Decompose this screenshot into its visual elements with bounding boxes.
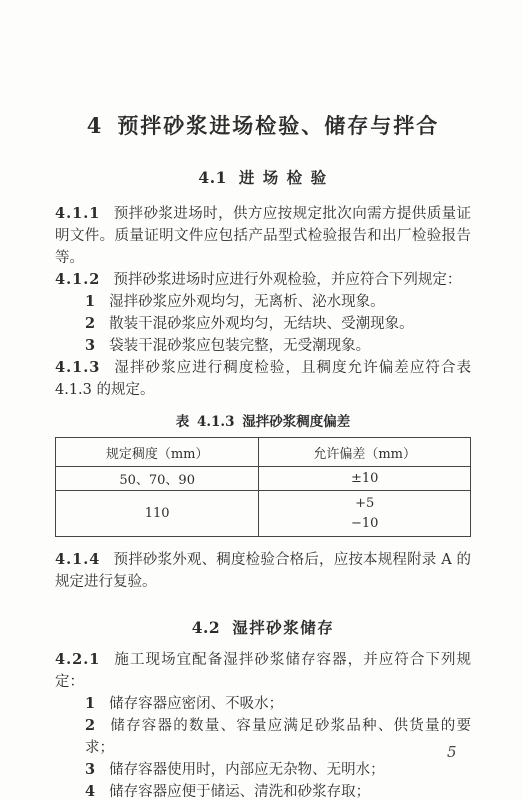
item-number: 1 (85, 293, 95, 310)
list-item: 1储存容器应密闭、不吸水； (55, 693, 471, 715)
item-text: 储存容器的数量、容量应满足砂浆品种、供货量的要求； (85, 718, 471, 756)
list-item: 2储存容器的数量、容量应满足砂浆品种、供货量的要求； (55, 715, 471, 759)
section-number: 4.2 (192, 618, 220, 637)
clause-4-1-1: 4.1.1预拌砂浆进场时，供方应按规定批次向需方提供质量证明文件。质量证明文件应… (55, 203, 471, 269)
item-text: 湿拌砂浆应外观均匀，无离析、泌水现象。 (109, 294, 385, 310)
table-row: 50、70、90 ±10 (56, 467, 471, 491)
item-number: 2 (85, 315, 95, 332)
item-number: 4 (85, 783, 95, 800)
clause-4-1-3: 4.1.3湿拌砂浆应进行稠度检验，且稠度允许偏差应符合表 4.1.3 的规定。 (55, 357, 471, 401)
item-number: 2 (85, 717, 95, 734)
clause-text: 预拌砂浆进场时应进行外观检验，并应符合下列规定： (113, 272, 461, 288)
clause-number: 4.1.4 (55, 551, 100, 568)
table-cell-deviation: ±10 (259, 467, 471, 491)
list-item: 2散装干混砂浆应外观均匀，无结块、受潮现象。 (55, 313, 471, 335)
clause-text: 预拌砂浆外观、稠度检验合格后，应按本规程附录 A 的规定进行复验。 (55, 552, 471, 590)
table-header-deviation: 允许偏差（mm） (259, 438, 471, 467)
clause-number: 4.1.3 (55, 359, 100, 376)
page-content: 4预拌砂浆进场检验、储存与拌合 4.1进 场 检 验 4.1.1预拌砂浆进场时，… (55, 112, 471, 800)
list-item: 3袋装干混砂浆应包装完整，无受潮现象。 (55, 335, 471, 357)
table-header-row: 规定稠度（mm） 允许偏差（mm） (56, 438, 471, 467)
clause-4-1-4: 4.1.4预拌砂浆外观、稠度检验合格后，应按本规程附录 A 的规定进行复验。 (55, 549, 471, 593)
deviation-plus: +5 (263, 494, 466, 514)
chapter-title: 预拌砂浆进场检验、储存与拌合 (117, 113, 439, 138)
deviation-minus: −10 (263, 514, 466, 534)
table-cell-deviation: +5 −10 (259, 491, 471, 537)
list-item: 1湿拌砂浆应外观均匀，无离析、泌水现象。 (55, 291, 471, 313)
list-item: 4储存容器应便于储运、清洗和砂浆存取； (55, 781, 471, 800)
clause-text: 预拌砂浆进场时，供方应按规定批次向需方提供质量证明文件。质量证明文件应包括产品型… (55, 206, 471, 266)
section-heading-4-2: 4.2湿拌砂浆储存 (55, 617, 471, 639)
section-title: 进 场 检 验 (239, 168, 328, 187)
clause-4-2-1: 4.2.1施工现场宜配备湿拌砂浆储存容器，并应符合下列规定： (55, 649, 471, 693)
item-text: 储存容器使用时，内部应无杂物、无明水； (109, 762, 385, 778)
item-number: 3 (85, 337, 95, 354)
section-heading-4-1: 4.1进 场 检 验 (55, 167, 471, 189)
chapter-heading: 4预拌砂浆进场检验、储存与拌合 (55, 112, 471, 139)
table-cell-consistency: 50、70、90 (56, 467, 259, 491)
clause-4-1-2: 4.1.2预拌砂浆进场时应进行外观检验，并应符合下列规定： (55, 269, 471, 291)
clause-text: 施工现场宜配备湿拌砂浆储存容器，并应符合下列规定： (55, 652, 471, 690)
section-number: 4.1 (198, 168, 226, 187)
page-number: 5 (447, 743, 457, 761)
consistency-deviation-table: 规定稠度（mm） 允许偏差（mm） 50、70、90 ±10 110 +5 −1… (55, 437, 471, 537)
chapter-number: 4 (87, 113, 102, 138)
table-cell-consistency: 110 (56, 491, 259, 537)
table-header-consistency: 规定稠度（mm） (56, 438, 259, 467)
document-page: 4预拌砂浆进场检验、储存与拌合 4.1进 场 检 验 4.1.1预拌砂浆进场时，… (0, 0, 523, 800)
clause-text: 湿拌砂浆应进行稠度检验，且稠度允许偏差应符合表 4.1.3 的规定。 (55, 360, 471, 398)
clause-number: 4.2.1 (55, 651, 100, 668)
item-text: 储存容器应密闭、不吸水； (109, 696, 283, 712)
section-title: 湿拌砂浆储存 (232, 618, 334, 637)
item-number: 1 (85, 695, 95, 712)
item-number: 3 (85, 761, 95, 778)
clause-number: 4.1.1 (55, 205, 100, 222)
table-caption: 表 4.1.3 湿拌砂浆稠度偏差 (55, 413, 471, 431)
item-text: 袋装干混砂浆应包装完整，无受潮现象。 (109, 338, 370, 354)
table-row: 110 +5 −10 (56, 491, 471, 537)
item-text: 散装干混砂浆应外观均匀，无结块、受潮现象。 (109, 316, 414, 332)
clause-number: 4.1.2 (55, 271, 100, 288)
list-item: 3储存容器使用时，内部应无杂物、无明水； (55, 759, 471, 781)
item-text: 储存容器应便于储运、清洗和砂浆存取； (109, 784, 370, 800)
